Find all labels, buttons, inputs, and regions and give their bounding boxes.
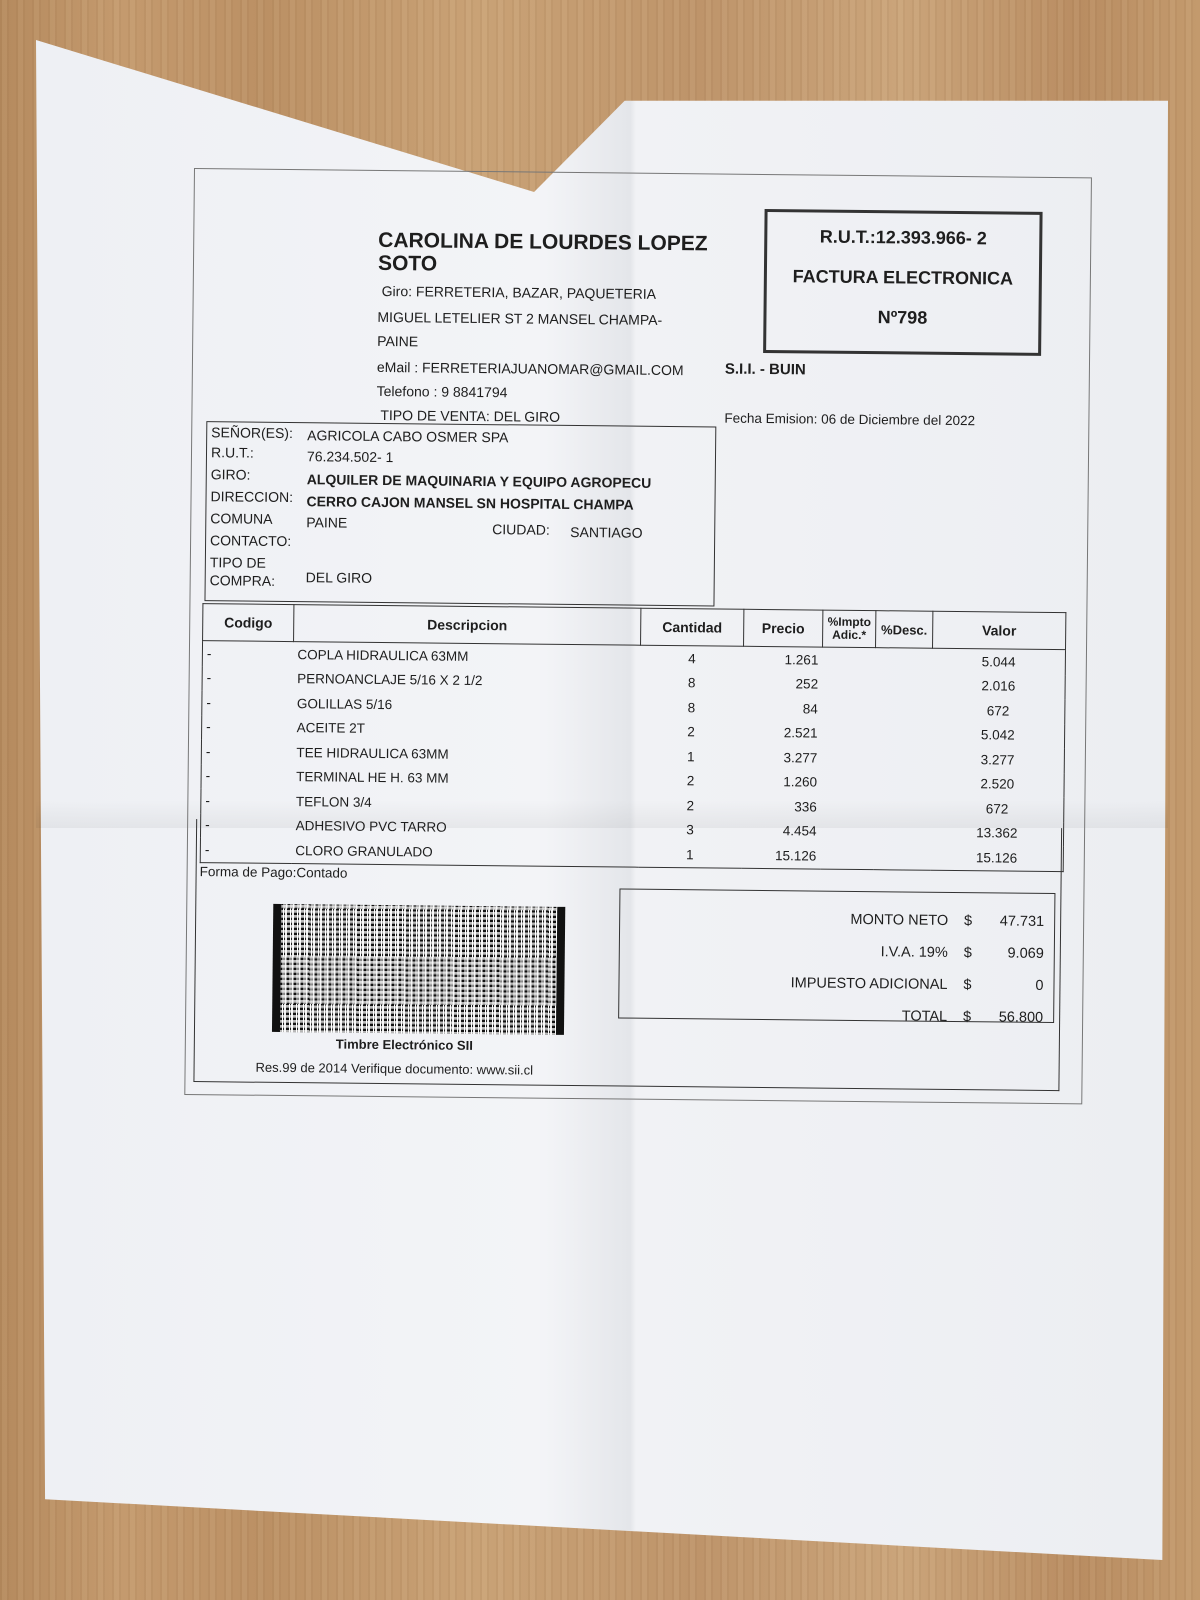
senores-label: SEÑOR(ES): bbox=[211, 424, 293, 441]
ciudad-label: CIUDAD: bbox=[492, 521, 550, 538]
invoice-number: Nº798 bbox=[766, 306, 1038, 335]
cell-impto bbox=[821, 746, 874, 771]
forma-de-pago: Forma de Pago:Contado bbox=[200, 864, 348, 881]
cell-valor: 3.277 bbox=[931, 747, 1064, 773]
cell-precio: 3.277 bbox=[742, 745, 821, 770]
client-name: AGRICOLA CABO OSMER SPA bbox=[307, 427, 508, 445]
cell-desc bbox=[875, 697, 932, 722]
col-cantidad: Cantidad bbox=[641, 608, 744, 646]
cell-descripcion: TERMINAL HE H. 63 MM bbox=[292, 765, 639, 793]
issuer-rut: R.U.T.:12.393.966- 2 bbox=[767, 226, 1039, 255]
total-row: IMPUESTO ADICIONAL $ 0 bbox=[623, 974, 1043, 1000]
cell-precio: 1.261 bbox=[743, 646, 822, 672]
cell-descripcion: ACEITE 2T bbox=[293, 716, 640, 744]
cell-valor: 2.016 bbox=[932, 673, 1065, 699]
giro-label: GIRO: bbox=[211, 466, 251, 482]
timbre-barcode bbox=[272, 904, 565, 1035]
timbre-resolution: Res.99 de 2014 Verifique documento: www.… bbox=[256, 1060, 534, 1078]
timbre-label: Timbre Electrónico SII bbox=[336, 1037, 473, 1053]
col-precio: Precio bbox=[744, 609, 823, 647]
cell-codigo: - bbox=[202, 641, 293, 667]
cell-codigo: - bbox=[202, 715, 293, 740]
cell-codigo: - bbox=[201, 739, 292, 764]
cell-codigo: - bbox=[202, 666, 293, 691]
total-row: TOTAL $ 56.800 bbox=[623, 1006, 1043, 1032]
client-box: SEÑOR(ES): AGRICOLA CABO OSMER SPA R.U.T… bbox=[204, 421, 716, 606]
tipo-compra-label-1: TIPO DE bbox=[210, 554, 266, 571]
client-ciudad: SANTIAGO bbox=[570, 524, 643, 541]
tipo-compra-label-2: COMPRA: bbox=[210, 572, 276, 589]
cell-impto bbox=[822, 647, 875, 673]
cell-valor: 672 bbox=[931, 796, 1064, 822]
cell-codigo: - bbox=[201, 788, 292, 813]
cell-precio: 84 bbox=[743, 696, 822, 721]
cell-descripcion: TEFLON 3/4 bbox=[292, 789, 639, 817]
cell-cantidad: 8 bbox=[640, 670, 743, 696]
cell-impto bbox=[822, 672, 875, 697]
total-row: MONTO NETO $ 47.731 bbox=[624, 910, 1044, 936]
col-impto: %Impto Adic.* bbox=[823, 610, 876, 648]
total-row: I.V.A. 19% $ 9.069 bbox=[624, 942, 1044, 968]
currency-symbol: $ bbox=[963, 1009, 971, 1025]
issuer-giro: Giro: FERRETERIA, BAZAR, PAQUETERIA bbox=[382, 283, 656, 302]
cell-impto bbox=[821, 721, 874, 746]
totals-box: MONTO NETO $ 47.731 I.V.A. 19% $ 9.069 I… bbox=[618, 888, 1055, 1023]
cell-valor: 2.520 bbox=[931, 771, 1064, 797]
total-label: MONTO NETO bbox=[850, 912, 948, 929]
cell-codigo: - bbox=[202, 690, 293, 715]
client-comuna: PAINE bbox=[306, 514, 347, 530]
total-label: TOTAL bbox=[902, 1008, 948, 1024]
cell-desc bbox=[875, 648, 932, 674]
cell-precio: 1.260 bbox=[742, 769, 821, 794]
col-codigo: Codigo bbox=[203, 604, 294, 642]
cell-impto bbox=[822, 697, 875, 722]
cell-cantidad: 2 bbox=[639, 719, 742, 745]
cell-cantidad: 8 bbox=[640, 695, 743, 721]
contacto-label: CONTACTO: bbox=[210, 532, 291, 549]
cell-desc bbox=[874, 795, 931, 820]
total-label: I.V.A. 19% bbox=[881, 944, 948, 961]
cell-valor: 5.044 bbox=[932, 648, 1065, 674]
client-giro: ALQUILER DE MAQUINARIA Y EQUIPO AGROPECU bbox=[307, 471, 652, 491]
cell-impto bbox=[821, 795, 874, 820]
cell-precio: 252 bbox=[743, 671, 822, 696]
cell-codigo: - bbox=[201, 764, 292, 789]
rut-box: R.U.T.:12.393.966- 2 FACTURA ELECTRONICA… bbox=[763, 209, 1042, 356]
currency-symbol: $ bbox=[964, 945, 972, 961]
tipo-venta: TIPO DE VENTA: DEL GIRO bbox=[380, 407, 560, 425]
issuer-address-line1: MIGUEL LETELIER ST 2 MANSEL CHAMPA- bbox=[377, 309, 662, 328]
cell-valor: 672 bbox=[932, 698, 1065, 724]
cell-cantidad: 1 bbox=[639, 744, 742, 770]
client-tipo-compra: DEL GIRO bbox=[306, 569, 373, 586]
currency-symbol: $ bbox=[963, 977, 971, 993]
cell-cantidad: 2 bbox=[639, 768, 742, 794]
issuer-name: CAROLINA DE LOURDES LOPEZ SOTO bbox=[378, 229, 718, 279]
cell-desc bbox=[874, 746, 931, 771]
cell-desc bbox=[874, 722, 931, 747]
cell-valor: 5.042 bbox=[931, 722, 1064, 748]
issuer-email: eMail : FERRETERIAJUANOMAR@GMAIL.COM bbox=[377, 359, 684, 378]
sii-office: S.I.I. - BUIN bbox=[725, 361, 806, 379]
issuer-phone: Telefono : 9 8841794 bbox=[377, 383, 508, 400]
col-valor: Valor bbox=[933, 611, 1066, 649]
client-direccion: CERRO CAJON MANSEL SN HOSPITAL CHAMPA bbox=[306, 493, 633, 512]
total-value: 9.069 bbox=[1007, 946, 1043, 962]
cell-precio: 2.521 bbox=[742, 720, 821, 745]
rut-label: R.U.T.: bbox=[211, 444, 254, 460]
cell-cantidad: 2 bbox=[639, 793, 742, 819]
total-value: 47.731 bbox=[1000, 913, 1045, 929]
col-descripcion: Descripcion bbox=[294, 605, 641, 646]
comuna-label: COMUNA bbox=[210, 510, 272, 527]
invoice-document: CAROLINA DE LOURDES LOPEZ SOTO Giro: FER… bbox=[184, 168, 1092, 1104]
total-value: 0 bbox=[1035, 978, 1043, 994]
cell-descripcion: PERNOANCLAJE 5/16 X 2 1/2 bbox=[293, 667, 640, 695]
document-type: FACTURA ELECTRONICA bbox=[767, 266, 1039, 295]
issuer-address-line2: PAINE bbox=[377, 333, 418, 349]
total-value: 56.800 bbox=[999, 1009, 1044, 1025]
cell-descripcion: COPLA HIDRAULICA 63MM bbox=[293, 642, 640, 671]
client-rut: 76.234.502- 1 bbox=[307, 448, 394, 465]
cell-cantidad: 4 bbox=[640, 645, 743, 671]
issue-date: Fecha Emision: 06 de Diciembre del 2022 bbox=[724, 411, 975, 429]
cell-descripcion: GOLILLAS 5/16 bbox=[293, 691, 640, 719]
total-label: IMPUESTO ADICIONAL bbox=[791, 975, 948, 993]
cell-desc bbox=[875, 673, 932, 698]
currency-symbol: $ bbox=[964, 913, 972, 929]
cell-descripcion: TEE HIDRAULICA 63MM bbox=[292, 740, 639, 768]
cell-precio: 336 bbox=[742, 794, 821, 819]
direccion-label: DIRECCION: bbox=[210, 488, 293, 505]
cell-impto bbox=[821, 770, 874, 795]
cell-desc bbox=[874, 771, 931, 796]
col-desc: %Desc. bbox=[876, 611, 933, 649]
